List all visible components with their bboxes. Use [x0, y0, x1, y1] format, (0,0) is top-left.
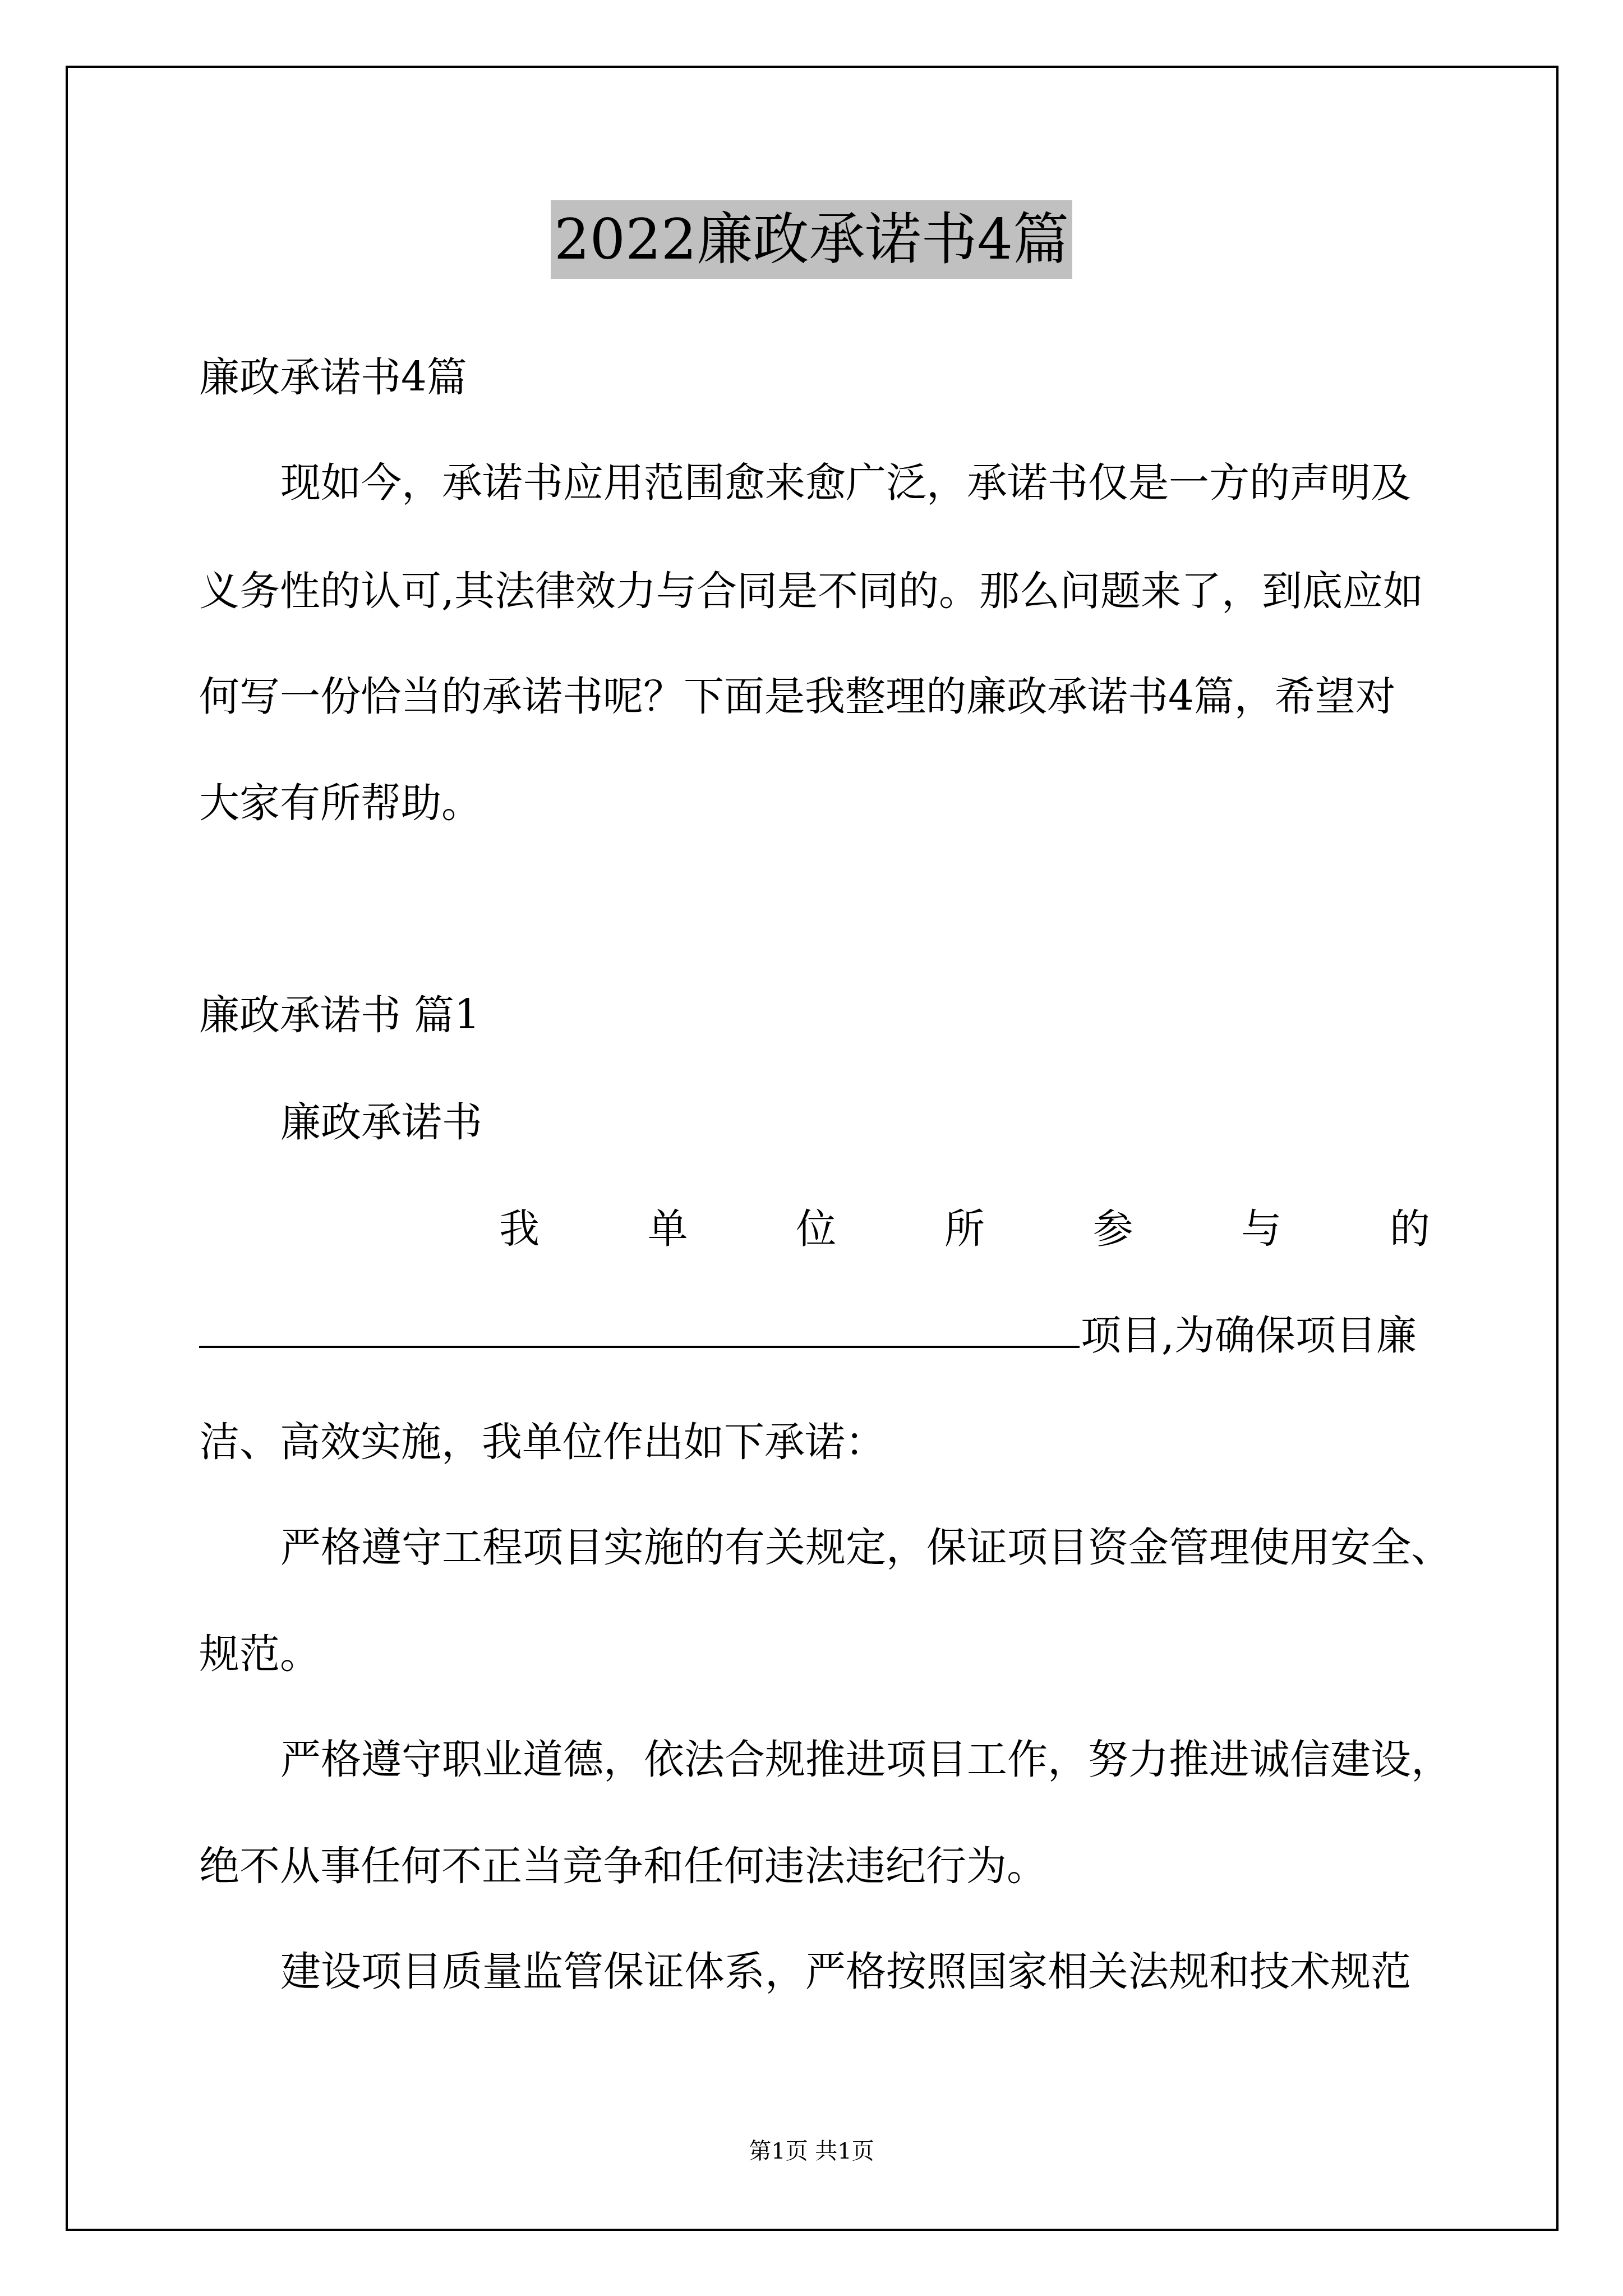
subtitle: 廉政承诺书4篇 [199, 324, 1433, 430]
spaced-line: 我 单 位 所 参 与 的 [499, 1175, 1430, 1282]
spaced-word: 位 [796, 1175, 836, 1282]
spaced-word: 所 [944, 1175, 985, 1282]
spaced-word: 参 [1093, 1175, 1133, 1282]
section-doc-title: 廉政承诺书 [280, 1069, 1514, 1175]
paragraph-line: 严格遵守职业道德，依法合规推进项目工作，努力推进诚信建设， [280, 1706, 1514, 1812]
title-container: 2022廉政承诺书4篇 [0, 200, 1623, 279]
spaced-word: 与 [1241, 1175, 1281, 1282]
paragraph-line: 严格遵守工程项目实施的有关规定，保证项目资金管理使用安全、 [280, 1494, 1514, 1600]
section-heading: 廉政承诺书 篇1 [199, 961, 1433, 1068]
paragraph-line: 绝不从事任何不正当竞争和任何违法违纪行为。 [199, 1812, 1433, 1919]
paragraph-line: 规范。 [199, 1600, 1433, 1707]
intro-line-4: 大家有所帮助。 [199, 749, 1433, 856]
intro-line-1: 现如今，承诺书应用范围愈来愈广泛，承诺书仅是一方的声明及 [280, 429, 1514, 536]
intro-line-2: 义务性的认可,其法律效力与合同是不同的。那么问题来了，到底应如 [199, 537, 1433, 644]
blank-line-suffix: 项目,为确保项目廉 [1081, 1312, 1417, 1359]
fill-in-blank[interactable] [199, 1346, 1080, 1348]
blank-line: 项目,为确保项目廉 [199, 1282, 1433, 1388]
intro-line-3: 何写一份恰当的承诺书呢？下面是我整理的廉政承诺书4篇，希望对 [199, 643, 1433, 749]
spaced-word: 单 [648, 1175, 688, 1282]
page-footer: 第1页 共1页 [0, 2137, 1623, 2165]
line-after-blank: 洁、高效实施，我单位作出如下承诺： [199, 1388, 1433, 1495]
spaced-word: 的 [1390, 1175, 1430, 1282]
spaced-word: 我 [499, 1175, 540, 1282]
document-title: 2022廉政承诺书4篇 [551, 200, 1072, 279]
paragraph-line: 建设项目质量监管保证体系，严格按照国家相关法规和技术规范 [280, 1918, 1514, 2024]
